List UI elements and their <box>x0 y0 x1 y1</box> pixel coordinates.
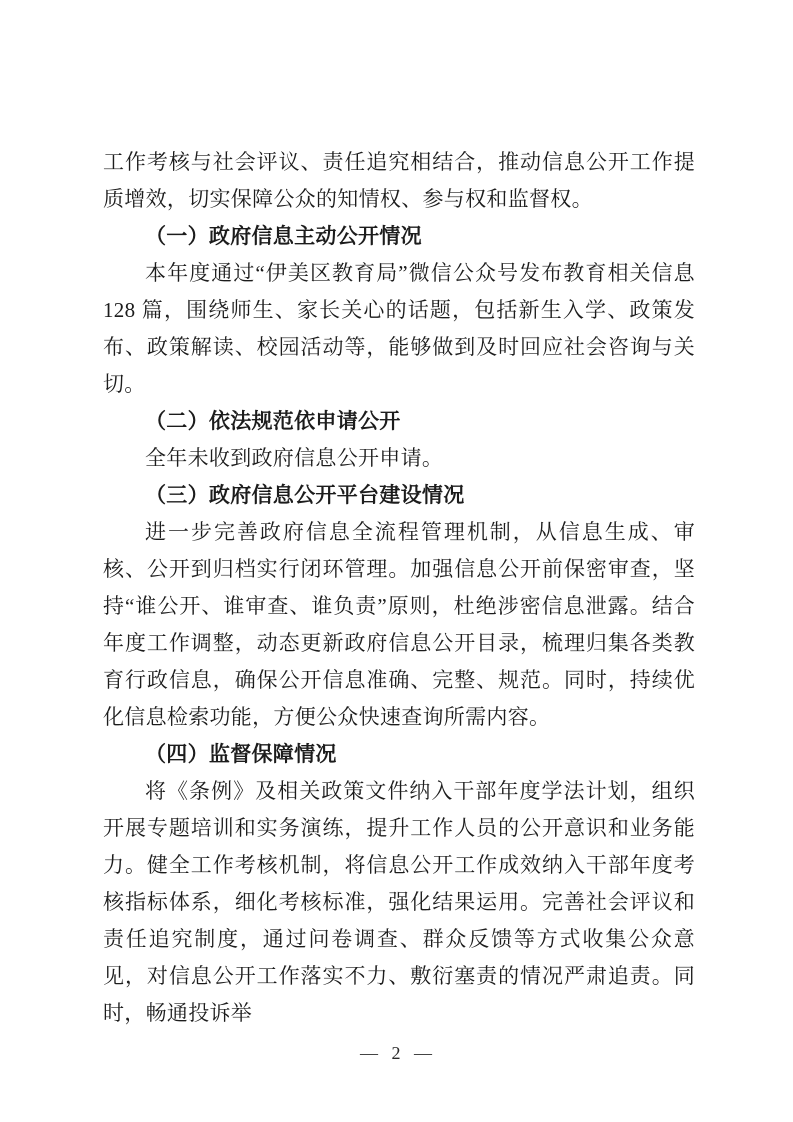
document-page: 工作考核与社会评议、责任追究相结合，推动信息公开工作提质增效，切实保障公众的知情… <box>0 0 793 1122</box>
page-number: — 2 — <box>0 1042 793 1064</box>
document-body: 工作考核与社会评议、责任追究相结合，推动信息公开工作提质增效，切实保障公众的知情… <box>103 144 695 1032</box>
section-heading-4: （四）监督保障情况 <box>103 736 695 773</box>
paragraph-section-4: 将《条例》及相关政策文件纳入干部年度学法计划，组织开展专题培训和实务演练，提升工… <box>103 773 695 1032</box>
paragraph-continuation: 工作考核与社会评议、责任追究相结合，推动信息公开工作提质增效，切实保障公众的知情… <box>103 144 695 218</box>
paragraph-section-3: 进一步完善政府信息全流程管理机制，从信息生成、审核、公开到归档实行闭环管理。加强… <box>103 514 695 736</box>
paragraph-section-2: 全年未收到政府信息公开申请。 <box>103 440 695 477</box>
section-heading-2: （二）依法规范依申请公开 <box>103 403 695 440</box>
section-heading-1: （一）政府信息主动公开情况 <box>103 218 695 255</box>
section-heading-3: （三）政府信息公开平台建设情况 <box>103 477 695 514</box>
paragraph-section-1: 本年度通过“伊美区教育局”微信公众号发布教育相关信息 128 篇，围绕师生、家长… <box>103 255 695 403</box>
